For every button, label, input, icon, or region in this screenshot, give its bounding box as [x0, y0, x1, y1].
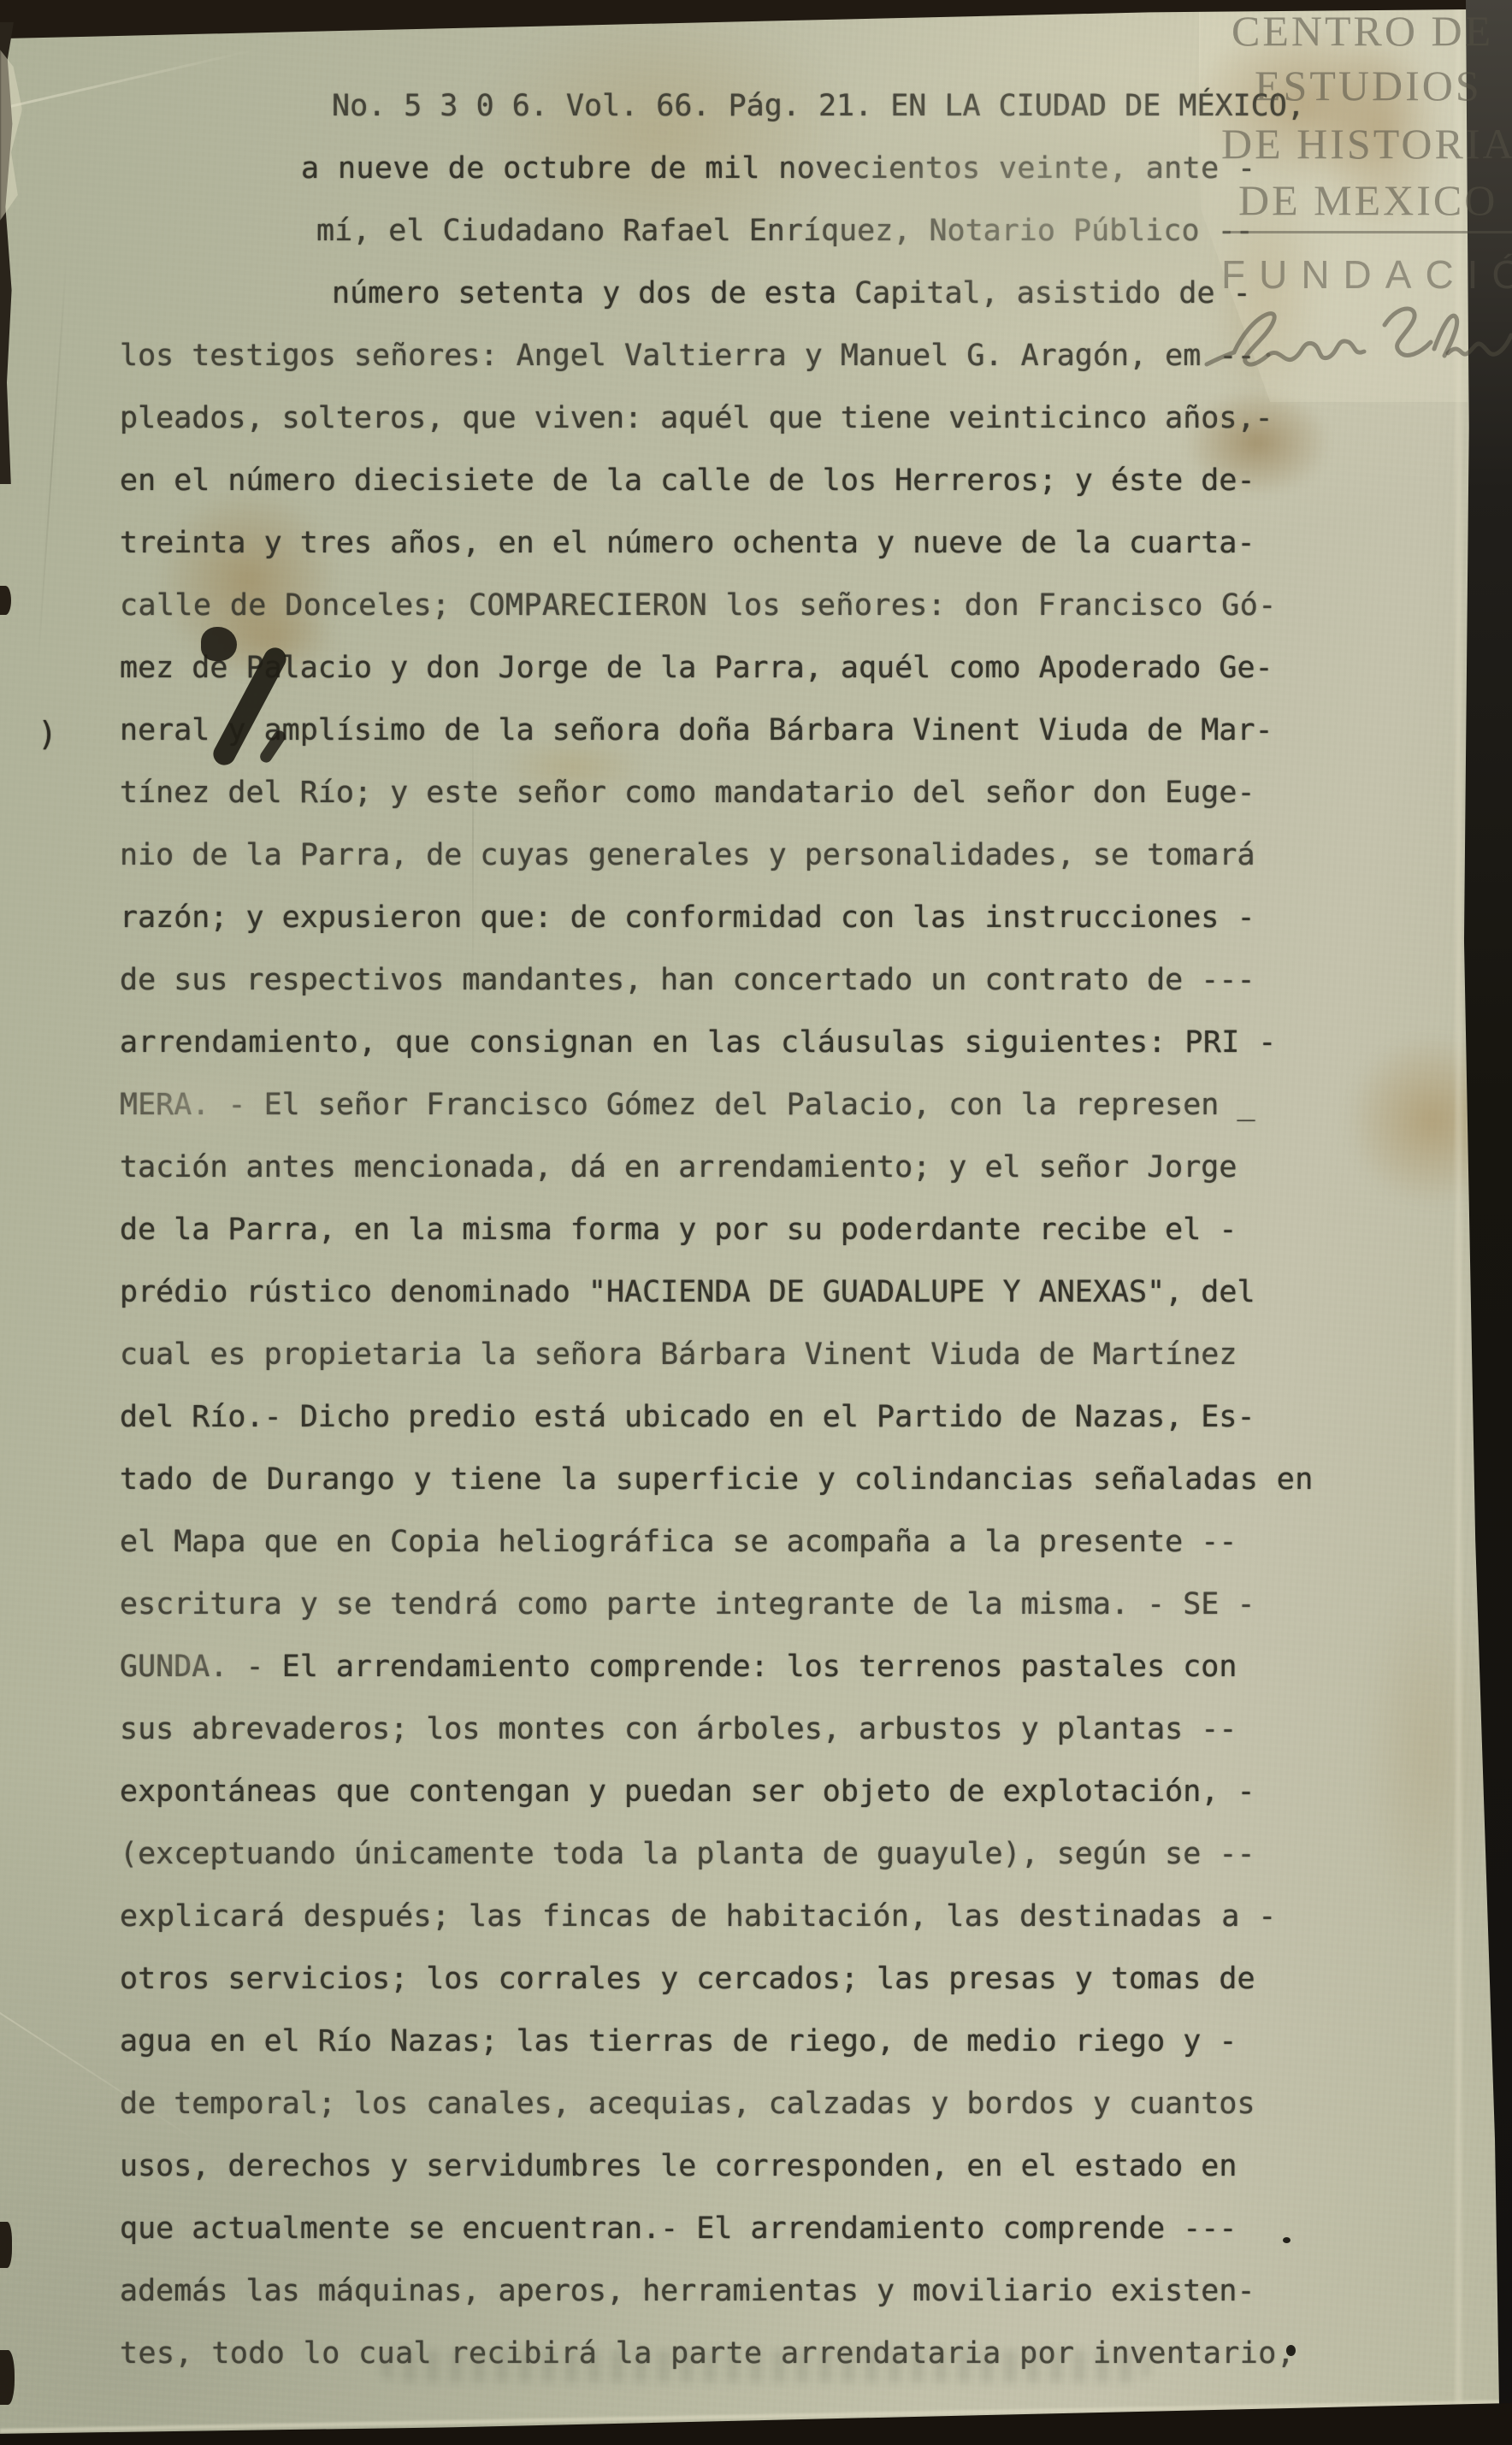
document-line: MERA. - El señor Francisco Gómez del Pal… — [120, 1074, 1403, 1137]
document-line: de la Parra, en la misma forma y por su … — [120, 1199, 1403, 1261]
ink-speck — [1286, 2345, 1296, 2356]
document-line: treinta y tres años, en el número ochent… — [120, 512, 1403, 575]
document-line: razón; y expusieron que: de conformidad … — [120, 887, 1403, 949]
watermark-org-line: DE HISTORIA — [1221, 121, 1512, 166]
document-line: (exceptuando únicamente toda la planta d… — [120, 1823, 1403, 1886]
document-line: el Mapa que en Copia heliográfica se aco… — [120, 1511, 1403, 1574]
watermark-org-line: ESTUDIOS — [1255, 63, 1482, 108]
document-line: neral y amplísimo de la señora doña Bárb… — [120, 700, 1403, 762]
margin-mark: ) — [38, 717, 57, 751]
watermark-org-line: DE MEXICO — [1238, 178, 1497, 222]
document-line: escritura y se tendrá como parte integra… — [120, 1574, 1403, 1636]
watermark-foundation-label: FUNDACIÓN — [1221, 251, 1512, 298]
document-line: de sus respectivos mandantes, han concer… — [120, 949, 1403, 1012]
watermark-org-line: CENTRO DE — [1231, 9, 1493, 53]
faded-ink-patch — [98, 1629, 278, 1698]
document-line: de temporal; los canales, acequias, calz… — [120, 2073, 1403, 2135]
document-line: tado de Durango y tiene la superficie y … — [120, 1449, 1403, 1511]
document-text: No. 5 3 0 6. Vol. 66. Pág. 21. EN LA CIU… — [120, 75, 1403, 2385]
signature-carlos-slim-icon — [1202, 299, 1512, 385]
ink-bleed-through — [381, 2350, 1150, 2383]
document-line: otros servicios; los corrales y cercados… — [120, 1948, 1403, 2011]
scan-border-left — [0, 2350, 15, 2405]
scanned-document-page: No. 5 3 0 6. Vol. 66. Pág. 21. EN LA CIU… — [0, 0, 1512, 2445]
document-line: prédio rústico denominado "HACIENDA DE G… — [120, 1261, 1403, 1324]
watermark-divider — [1229, 231, 1512, 233]
document-line: agua en el Río Nazas; las tierras de rie… — [120, 2011, 1403, 2073]
document-line: arrendamiento, que consignan en las cláu… — [120, 1012, 1403, 1074]
faded-ink-patch — [98, 1067, 295, 1140]
scan-border-left — [0, 2222, 12, 2268]
document-line: del Río.- Dicho predio está ubicado en e… — [120, 1386, 1403, 1449]
scan-border-left — [0, 586, 11, 615]
document-line: tínez del Río; y este señor como mandata… — [120, 762, 1403, 824]
document-line: que actualmente se encuentran.- El arren… — [120, 2198, 1403, 2260]
document-line: nio de la Parra, de cuyas generales y pe… — [120, 824, 1403, 887]
document-line: GUNDA. - El arrendamiento comprende: los… — [120, 1636, 1403, 1698]
document-line: usos, derechos y servidumbres le corresp… — [120, 2135, 1403, 2198]
document-line: explicará después; las fincas de habitac… — [120, 1886, 1403, 1948]
document-line: tación antes mencionada, dá en arrendami… — [120, 1137, 1403, 1199]
ink-blot — [201, 627, 237, 661]
document-line: sus abrevaderos; los montes con árboles,… — [120, 1698, 1403, 1761]
document-line: en el número diecisiete de la calle de l… — [120, 450, 1403, 512]
document-line: cual es propietaria la señora Bárbara Vi… — [120, 1324, 1403, 1386]
document-line: calle de Donceles; COMPARECIERON los señ… — [120, 575, 1403, 637]
document-line: además las máquinas, aperos, herramienta… — [120, 2260, 1403, 2323]
ink-speck — [1283, 2237, 1291, 2243]
document-line: mez de Palacio y don Jorge de la Parra, … — [120, 637, 1403, 700]
document-line: pleados, solteros, que viven: aquél que … — [120, 387, 1403, 450]
document-line: expontáneas que contengan y puedan ser o… — [120, 1761, 1403, 1823]
